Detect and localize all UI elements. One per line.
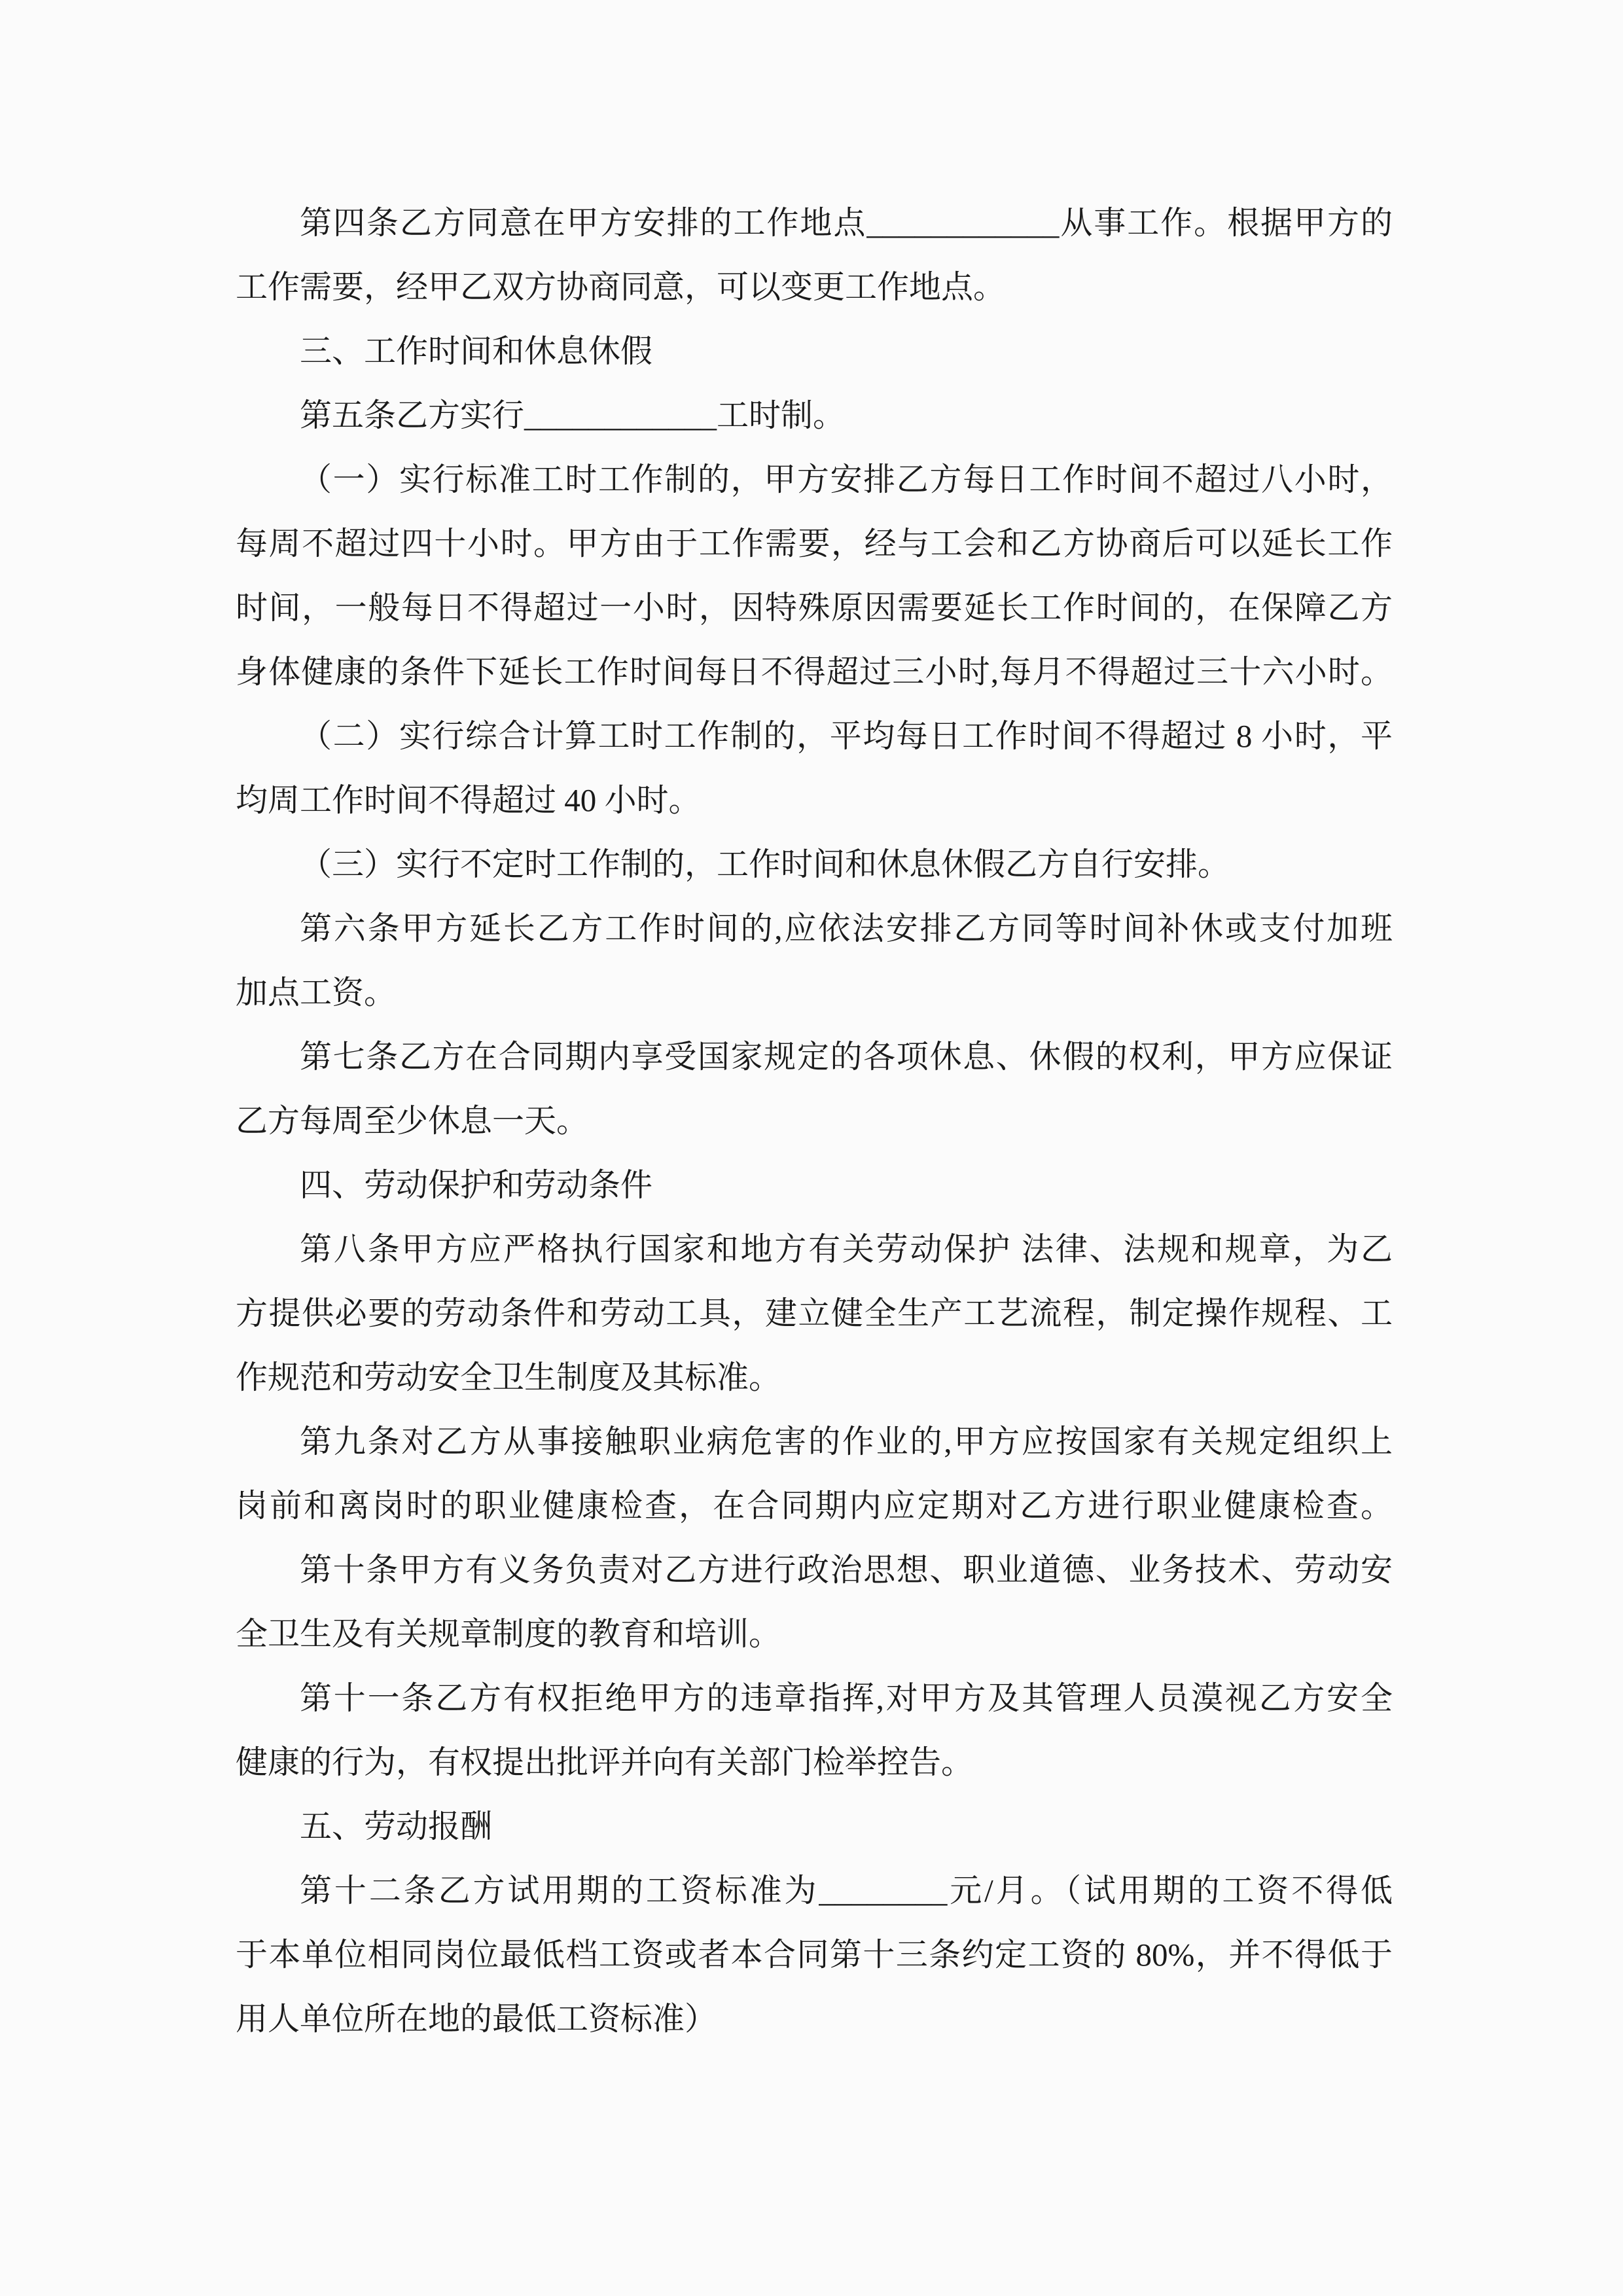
contract-line: 三、工作时间和休息休假: [236, 319, 1393, 384]
contract-line: 乙方每周至少休息一天。: [236, 1089, 1393, 1153]
contract-line: 第八条甲方应严格执行国家和地方有关劳动保护 法律、法规和规章，为乙: [236, 1217, 1393, 1282]
contract-line: 五、劳动报酬: [236, 1795, 1393, 1859]
contract-line: （三）实行不定时工作制的，工作时间和休息休假乙方自行安排。: [236, 833, 1393, 897]
contract-line: （一）实行标准工时工作制的，甲方安排乙方每日工作时间不超过八小时，: [236, 448, 1393, 512]
contract-line: 第九条对乙方从事接触职业病危害的作业的,甲方应按国家有关规定组织上: [236, 1410, 1393, 1474]
contract-line: （二）实行综合计算工时工作制的，平均每日工作时间不得超过 8 小时，平: [236, 704, 1393, 768]
document-page: 第四条乙方同意在甲方安排的工作地点____________从事工作。根据甲方的工…: [0, 0, 1623, 2296]
contract-line: 每周不超过四十小时。甲方由于工作需要，经与工会和乙方协商后可以延长工作: [236, 512, 1393, 576]
contract-line: 第六条甲方延长乙方工作时间的,应依法安排乙方同等时间补休或支付加班: [236, 897, 1393, 961]
contract-line: 均周工作时间不得超过 40 小时。: [236, 768, 1393, 833]
contract-line: 身体健康的条件下延长工作时间每日不得超过三小时,每月不得超过三十六小时。: [236, 640, 1393, 704]
contract-line: 四、劳动保护和劳动条件: [236, 1153, 1393, 1217]
contract-line: 于本单位相同岗位最低档工资或者本合同第十三条约定工资的 80%，并不得低于: [236, 1923, 1393, 1987]
contract-text-block: 第四条乙方同意在甲方安排的工作地点____________从事工作。根据甲方的工…: [236, 191, 1393, 2051]
contract-line: 岗前和离岗时的职业健康检查，在合同期内应定期对乙方进行职业健康检查。: [236, 1474, 1393, 1538]
contract-line: 方提供必要的劳动条件和劳动工具，建立健全生产工艺流程，制定操作规程、工: [236, 1282, 1393, 1346]
contract-line: 时间，一般每日不得超过一小时，因特殊原因需要延长工作时间的，在保障乙方: [236, 576, 1393, 640]
contract-line: 第四条乙方同意在甲方安排的工作地点____________从事工作。根据甲方的: [236, 191, 1393, 255]
contract-line: 全卫生及有关规章制度的教育和培训。: [236, 1602, 1393, 1666]
contract-line: 用人单位所在地的最低工资标准）: [236, 1987, 1393, 2051]
contract-line: 工作需要，经甲乙双方协商同意，可以变更工作地点。: [236, 255, 1393, 319]
contract-line: 健康的行为，有权提出批评并向有关部门检举控告。: [236, 1731, 1393, 1795]
contract-line: 第十一条乙方有权拒绝甲方的违章指挥,对甲方及其管理人员漠视乙方安全: [236, 1666, 1393, 1731]
contract-line: 第五条乙方实行____________工时制。: [236, 384, 1393, 448]
contract-line: 第十二条乙方试用期的工资标准为________元/月。（试用期的工资不得低: [236, 1859, 1393, 1923]
contract-line: 加点工资。: [236, 961, 1393, 1025]
contract-line: 作规范和劳动安全卫生制度及其标准。: [236, 1346, 1393, 1410]
contract-line: 第十条甲方有义务负责对乙方进行政治思想、职业道德、业务技术、劳动安: [236, 1538, 1393, 1602]
contract-line: 第七条乙方在合同期内享受国家规定的各项休息、休假的权利，甲方应保证: [236, 1025, 1393, 1089]
